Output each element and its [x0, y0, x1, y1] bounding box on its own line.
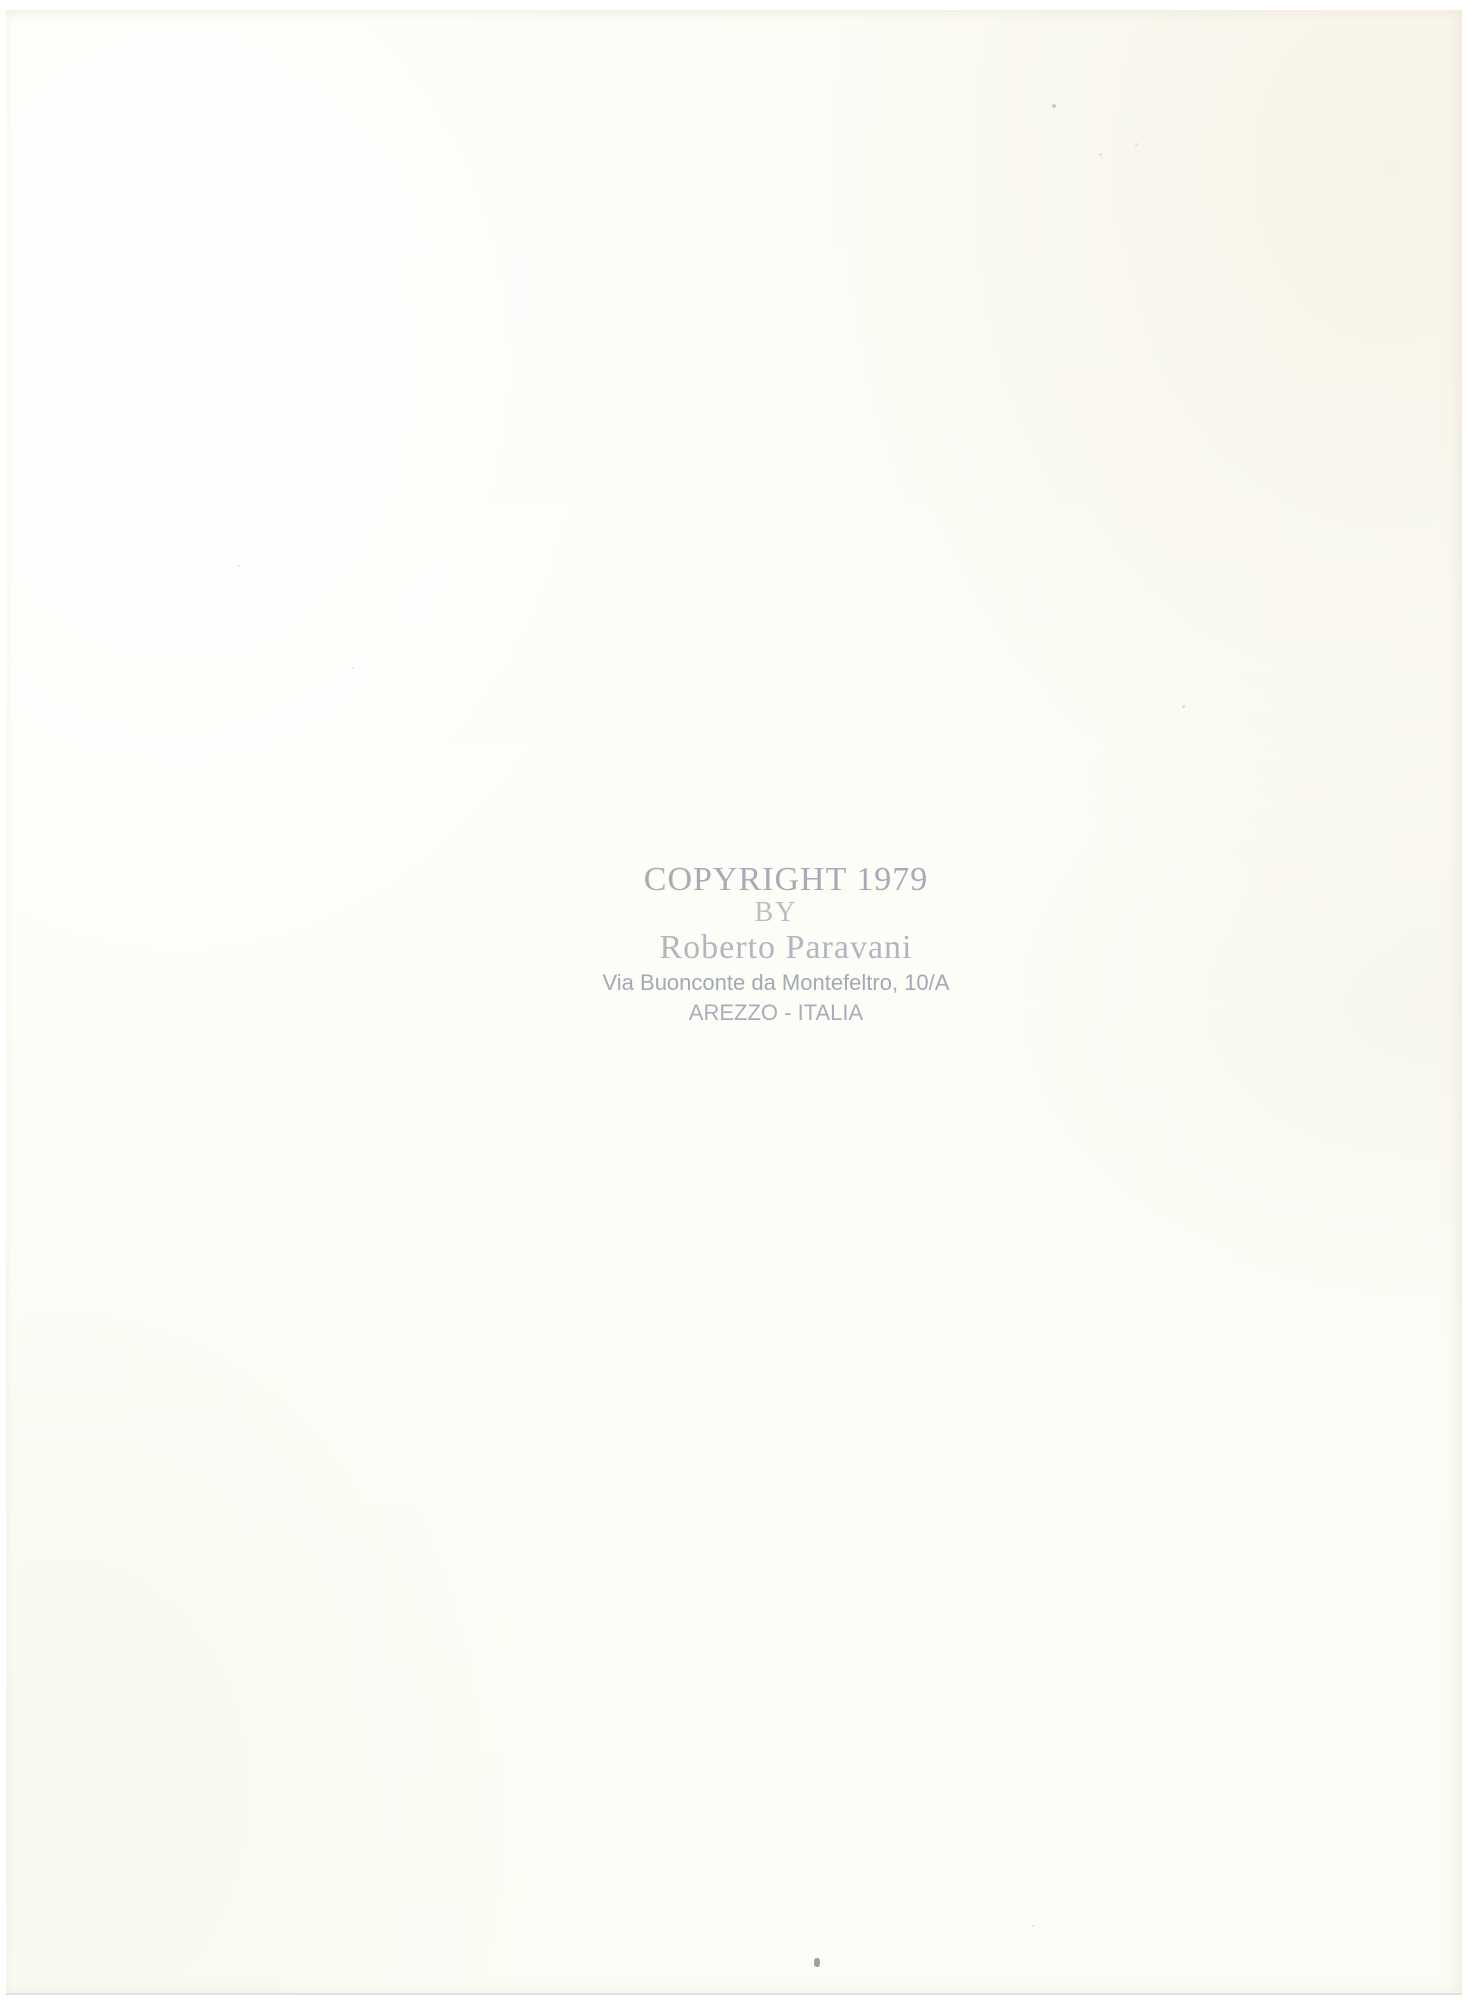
by-line: BY [506, 898, 1046, 928]
paper-speck [352, 667, 354, 669]
scanned-page: COPYRIGHT 1979 BY Roberto Paravani Via B… [0, 0, 1468, 2000]
paper-speck [1032, 1925, 1034, 1927]
street-address: Via Buonconte da Montefeltro, 10/A [506, 968, 1046, 998]
author-name: Roberto Paravani [526, 928, 1046, 968]
city-country: AREZZO - ITALIA [506, 998, 1046, 1028]
paper-speck [1135, 143, 1138, 146]
paper-speck [1099, 153, 1102, 156]
copyright-line: COPYRIGHT 1979 [526, 862, 1046, 898]
paper-sheet: COPYRIGHT 1979 BY Roberto Paravani Via B… [6, 10, 1462, 1995]
copyright-stamp: COPYRIGHT 1979 BY Roberto Paravani Via B… [506, 862, 1046, 1028]
paper-speck [238, 565, 240, 567]
paper-speck [1052, 104, 1056, 108]
paper-speck [1182, 705, 1185, 708]
paper-speck [814, 1958, 820, 1967]
